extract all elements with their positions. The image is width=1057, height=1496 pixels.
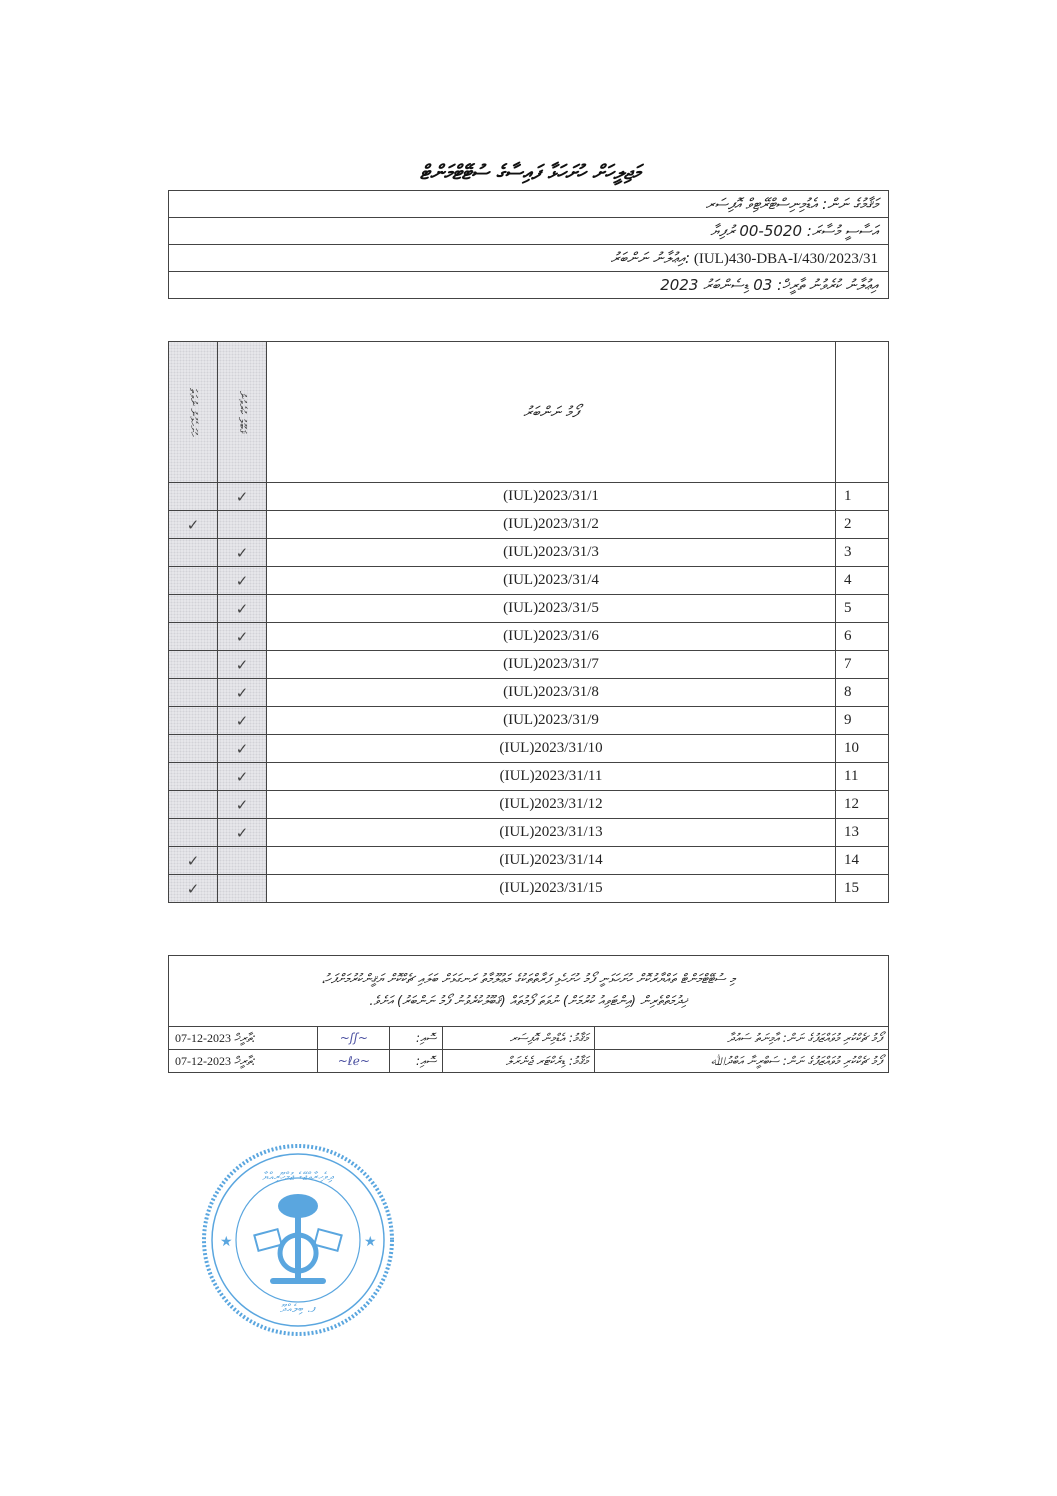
announcement-date: އިޢުލާނު ކުރެވުނު ތާރީޚް: 03 ޑިސެންބަރު …	[169, 272, 889, 299]
svg-text:★: ★	[364, 1235, 377, 1250]
table-row: ✓(IUL)2023/31/33	[169, 539, 889, 567]
accepted-check	[218, 847, 267, 875]
rejected-check	[169, 763, 218, 791]
rejected-check: ✓	[169, 875, 218, 903]
table-row: ✓(IUL)2023/31/11	[169, 483, 889, 511]
forms-table: ހުށަހެޅުނު ނުވަތަ ޤަބޫލު ކުރެވުނު ފޯމު ނ…	[168, 341, 889, 903]
row-number: 6	[836, 623, 889, 651]
table-row: ✓(IUL)2023/31/88	[169, 679, 889, 707]
row-number: 13	[836, 819, 889, 847]
reference-row: އިޢުލާނު ނަންބަރު: (IUL)430-DBA-I/430/20…	[169, 245, 889, 272]
table-row: ✓(IUL)2023/31/22	[169, 511, 889, 539]
table-row: ✓(IUL)2023/31/1313	[169, 819, 889, 847]
form-reference: (IUL)2023/31/5	[267, 595, 836, 623]
accepted-check: ✓	[218, 763, 267, 791]
rejected-check	[169, 735, 218, 763]
accepted-check: ✓	[218, 791, 267, 819]
form-reference: (IUL)2023/31/13	[267, 819, 836, 847]
sig2-date: 07-12-2023 ތާރީޚް:	[169, 1050, 318, 1073]
row-number: 5	[836, 595, 889, 623]
form-reference: (IUL)2023/31/14	[267, 847, 836, 875]
rejected-check	[169, 651, 218, 679]
accepted-check: ✓	[218, 567, 267, 595]
row-number: 2	[836, 511, 889, 539]
table-row: ✓(IUL)2023/31/1111	[169, 763, 889, 791]
rejected-check	[169, 819, 218, 847]
sig1-name: ފޯމު ޗެކްކުރި މުވައްޒަފުގެ ނަން: އާމިނަތ…	[595, 1027, 889, 1050]
form-reference: (IUL)2023/31/15	[267, 875, 836, 903]
row-number: 10	[836, 735, 889, 763]
svg-text:ފ. ބިލެއްދޫ: ފ. ބިލެއްދޫ	[280, 1302, 316, 1315]
row-number: 11	[836, 763, 889, 791]
sig1-label: ސޮއި:	[390, 1027, 443, 1050]
table-row: ✓(IUL)2023/31/1212	[169, 791, 889, 819]
accepted-check: ✓	[218, 539, 267, 567]
rejected-check	[169, 707, 218, 735]
header-form-number: ފޯމު ނަންބަރު	[267, 342, 836, 483]
rejected-check: ✓	[169, 511, 218, 539]
budget-code: އަސާސީ މުސާރަ: 5020-00 ރުފިޔާ	[169, 218, 889, 245]
rejected-check	[169, 483, 218, 511]
signature-2: ~ℓℯ~	[318, 1050, 390, 1073]
form-reference: (IUL)2023/31/12	[267, 791, 836, 819]
accepted-check	[218, 511, 267, 539]
form-reference: (IUL)2023/31/9	[267, 707, 836, 735]
table-row: ✓(IUL)2023/31/44	[169, 567, 889, 595]
rejected-check	[169, 679, 218, 707]
row-number: 4	[836, 567, 889, 595]
accepted-check: ✓	[218, 679, 267, 707]
table-row: ✓(IUL)2023/31/66	[169, 623, 889, 651]
reference-number: (IUL)430-DBA-I/430/2023/31	[694, 251, 878, 267]
row-number: 9	[836, 707, 889, 735]
rejected-check	[169, 623, 218, 651]
header-num	[836, 342, 889, 483]
table-row: ✓(IUL)2023/31/1515	[169, 875, 889, 903]
accepted-check: ✓	[218, 483, 267, 511]
accepted-check	[218, 875, 267, 903]
sig1-date: 07-12-2023 ތާރީޚް:	[169, 1027, 318, 1050]
rejected-check	[169, 791, 218, 819]
declaration: މި ސުޓޭޓްމަންޓް ތައްޔާރުކޮށް ހުށަހަޅަނީ …	[169, 956, 889, 1027]
form-reference: (IUL)2023/31/2	[267, 511, 836, 539]
form-reference: (IUL)2023/31/11	[267, 763, 836, 791]
accepted-check: ✓	[218, 623, 267, 651]
rejected-check: ✓	[169, 847, 218, 875]
form-reference: (IUL)2023/31/10	[267, 735, 836, 763]
row-number: 15	[836, 875, 889, 903]
rejected-check	[169, 567, 218, 595]
rejected-check	[169, 595, 218, 623]
document-title: މަޖިލީހަށް ހުށަހަޅާ ފައިސާގެ ސުޓޭޓްމަންޓ…	[290, 160, 770, 184]
svg-text:★: ★	[220, 1235, 233, 1250]
form-reference: (IUL)2023/31/4	[267, 567, 836, 595]
row-number: 8	[836, 679, 889, 707]
header-accepted: ޤަބޫލު ކުރެވުނު	[218, 342, 267, 483]
info-table: މަޤާމުގެ ނަން: އެޑުމިނިސްޓްރޭޓިވް އޮފިސަ…	[168, 190, 889, 299]
official-seal-icon: ދިވެހިރާއްޖޭގެ ޖުމްހޫރިއްޔާ ފ. ބިލެއްދޫ …	[198, 1140, 398, 1340]
form-reference: (IUL)2023/31/7	[267, 651, 836, 679]
header-rejected: ހުށަހެޅުނު ނުވަތަ	[169, 342, 218, 483]
form-reference: (IUL)2023/31/8	[267, 679, 836, 707]
sig1-position: މަޤާމު: އެޑްމިން އޮފިސަރ	[443, 1027, 595, 1050]
sig2-label: ސޮއި:	[390, 1050, 443, 1073]
declaration-table: މި ސުޓޭޓްމަންޓް ތައްޔާރުކޮށް ހުށަހަޅަނީ …	[168, 955, 889, 1073]
svg-text:ދިވެހިރާއްޖޭގެ ޖުމްހޫރިއްޔާ: ދިވެހިރާއްޖޭގެ ޖުމްހޫރިއްޔާ	[262, 1170, 334, 1183]
table-row: ✓(IUL)2023/31/1010	[169, 735, 889, 763]
reference-label: އިޢުލާނު ނަންބަރު:	[611, 249, 690, 267]
row-number: 12	[836, 791, 889, 819]
row-number: 14	[836, 847, 889, 875]
sig2-name: ފޯމު ޗެކްކުރި މުވައްޒަފުގެ ނަން: ސަބްރީނ…	[595, 1050, 889, 1073]
form-reference: (IUL)2023/31/6	[267, 623, 836, 651]
accepted-check: ✓	[218, 651, 267, 679]
row-number: 1	[836, 483, 889, 511]
table-row: ✓(IUL)2023/31/99	[169, 707, 889, 735]
accepted-check: ✓	[218, 595, 267, 623]
form-reference: (IUL)2023/31/1	[267, 483, 836, 511]
table-row: ✓(IUL)2023/31/1414	[169, 847, 889, 875]
form-reference: (IUL)2023/31/3	[267, 539, 836, 567]
accepted-check: ✓	[218, 819, 267, 847]
row-number: 3	[836, 539, 889, 567]
signature-row-1: 07-12-2023 ތާރީޚް: ~ʃʃ~ ސޮއި: މަޤާމު: އެ…	[169, 1027, 889, 1050]
accepted-check: ✓	[218, 735, 267, 763]
table-row: ✓(IUL)2023/31/55	[169, 595, 889, 623]
signature-row-2: 07-12-2023 ތާރީޚް: ~ℓℯ~ ސޮއި: މަޤާމު: ޑި…	[169, 1050, 889, 1073]
signature-1: ~ʃʃ~	[318, 1027, 390, 1050]
row-number: 7	[836, 651, 889, 679]
rejected-check	[169, 539, 218, 567]
sig2-position: މަޤާމު: ޑިރެކްޓަރ ޖެނެރަލް	[443, 1050, 595, 1073]
accepted-check: ✓	[218, 707, 267, 735]
table-row: ✓(IUL)2023/31/77	[169, 651, 889, 679]
office-name: މަޤާމުގެ ނަން: އެޑުމިނިސްޓްރޭޓިވް އޮފިސަ…	[169, 191, 889, 218]
